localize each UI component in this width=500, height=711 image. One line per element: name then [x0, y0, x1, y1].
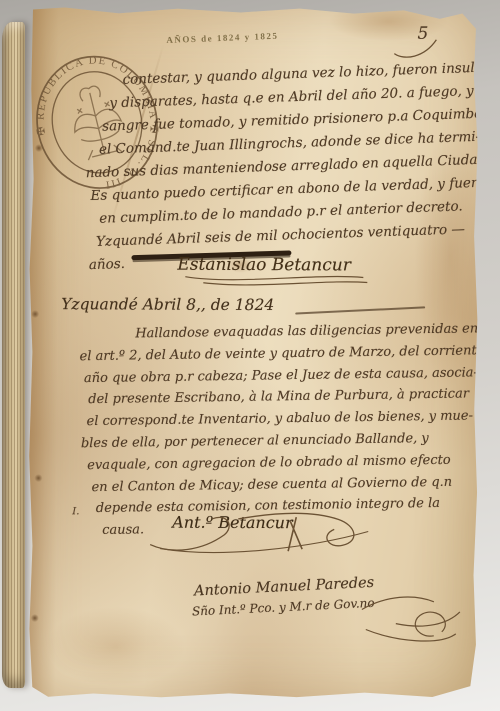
years-stamp-imprint: AÑOS de 1824 y 1825: [166, 31, 278, 45]
attestation-title: Sño Int.º Pco. y M.r de Gov.no: [192, 596, 375, 619]
stain: [46, 606, 186, 687]
book-fore-edge: [2, 22, 25, 688]
margin-mark: I.: [72, 506, 79, 517]
attestation-name: Antonio Manuel Paredes: [194, 575, 375, 600]
manuscript-page: AÑOS de 1824 y 1825 5 ✠ REPUBLICA DE COL…: [25, 6, 480, 700]
signature-rubric: [142, 503, 382, 562]
attestation-rubric: [356, 589, 472, 664]
date-dash: [295, 306, 425, 314]
decree-date-heading: Yzquandé Abril 8,, de 1824: [61, 295, 274, 314]
certification-paragraph: contestar, y quando alguna vez lo hizo, …: [82, 56, 500, 277]
scanned-manuscript-photo: AÑOS de 1824 y 1825 5 ✠ REPUBLICA DE COL…: [0, 0, 500, 711]
signature-rubric: [175, 269, 375, 296]
